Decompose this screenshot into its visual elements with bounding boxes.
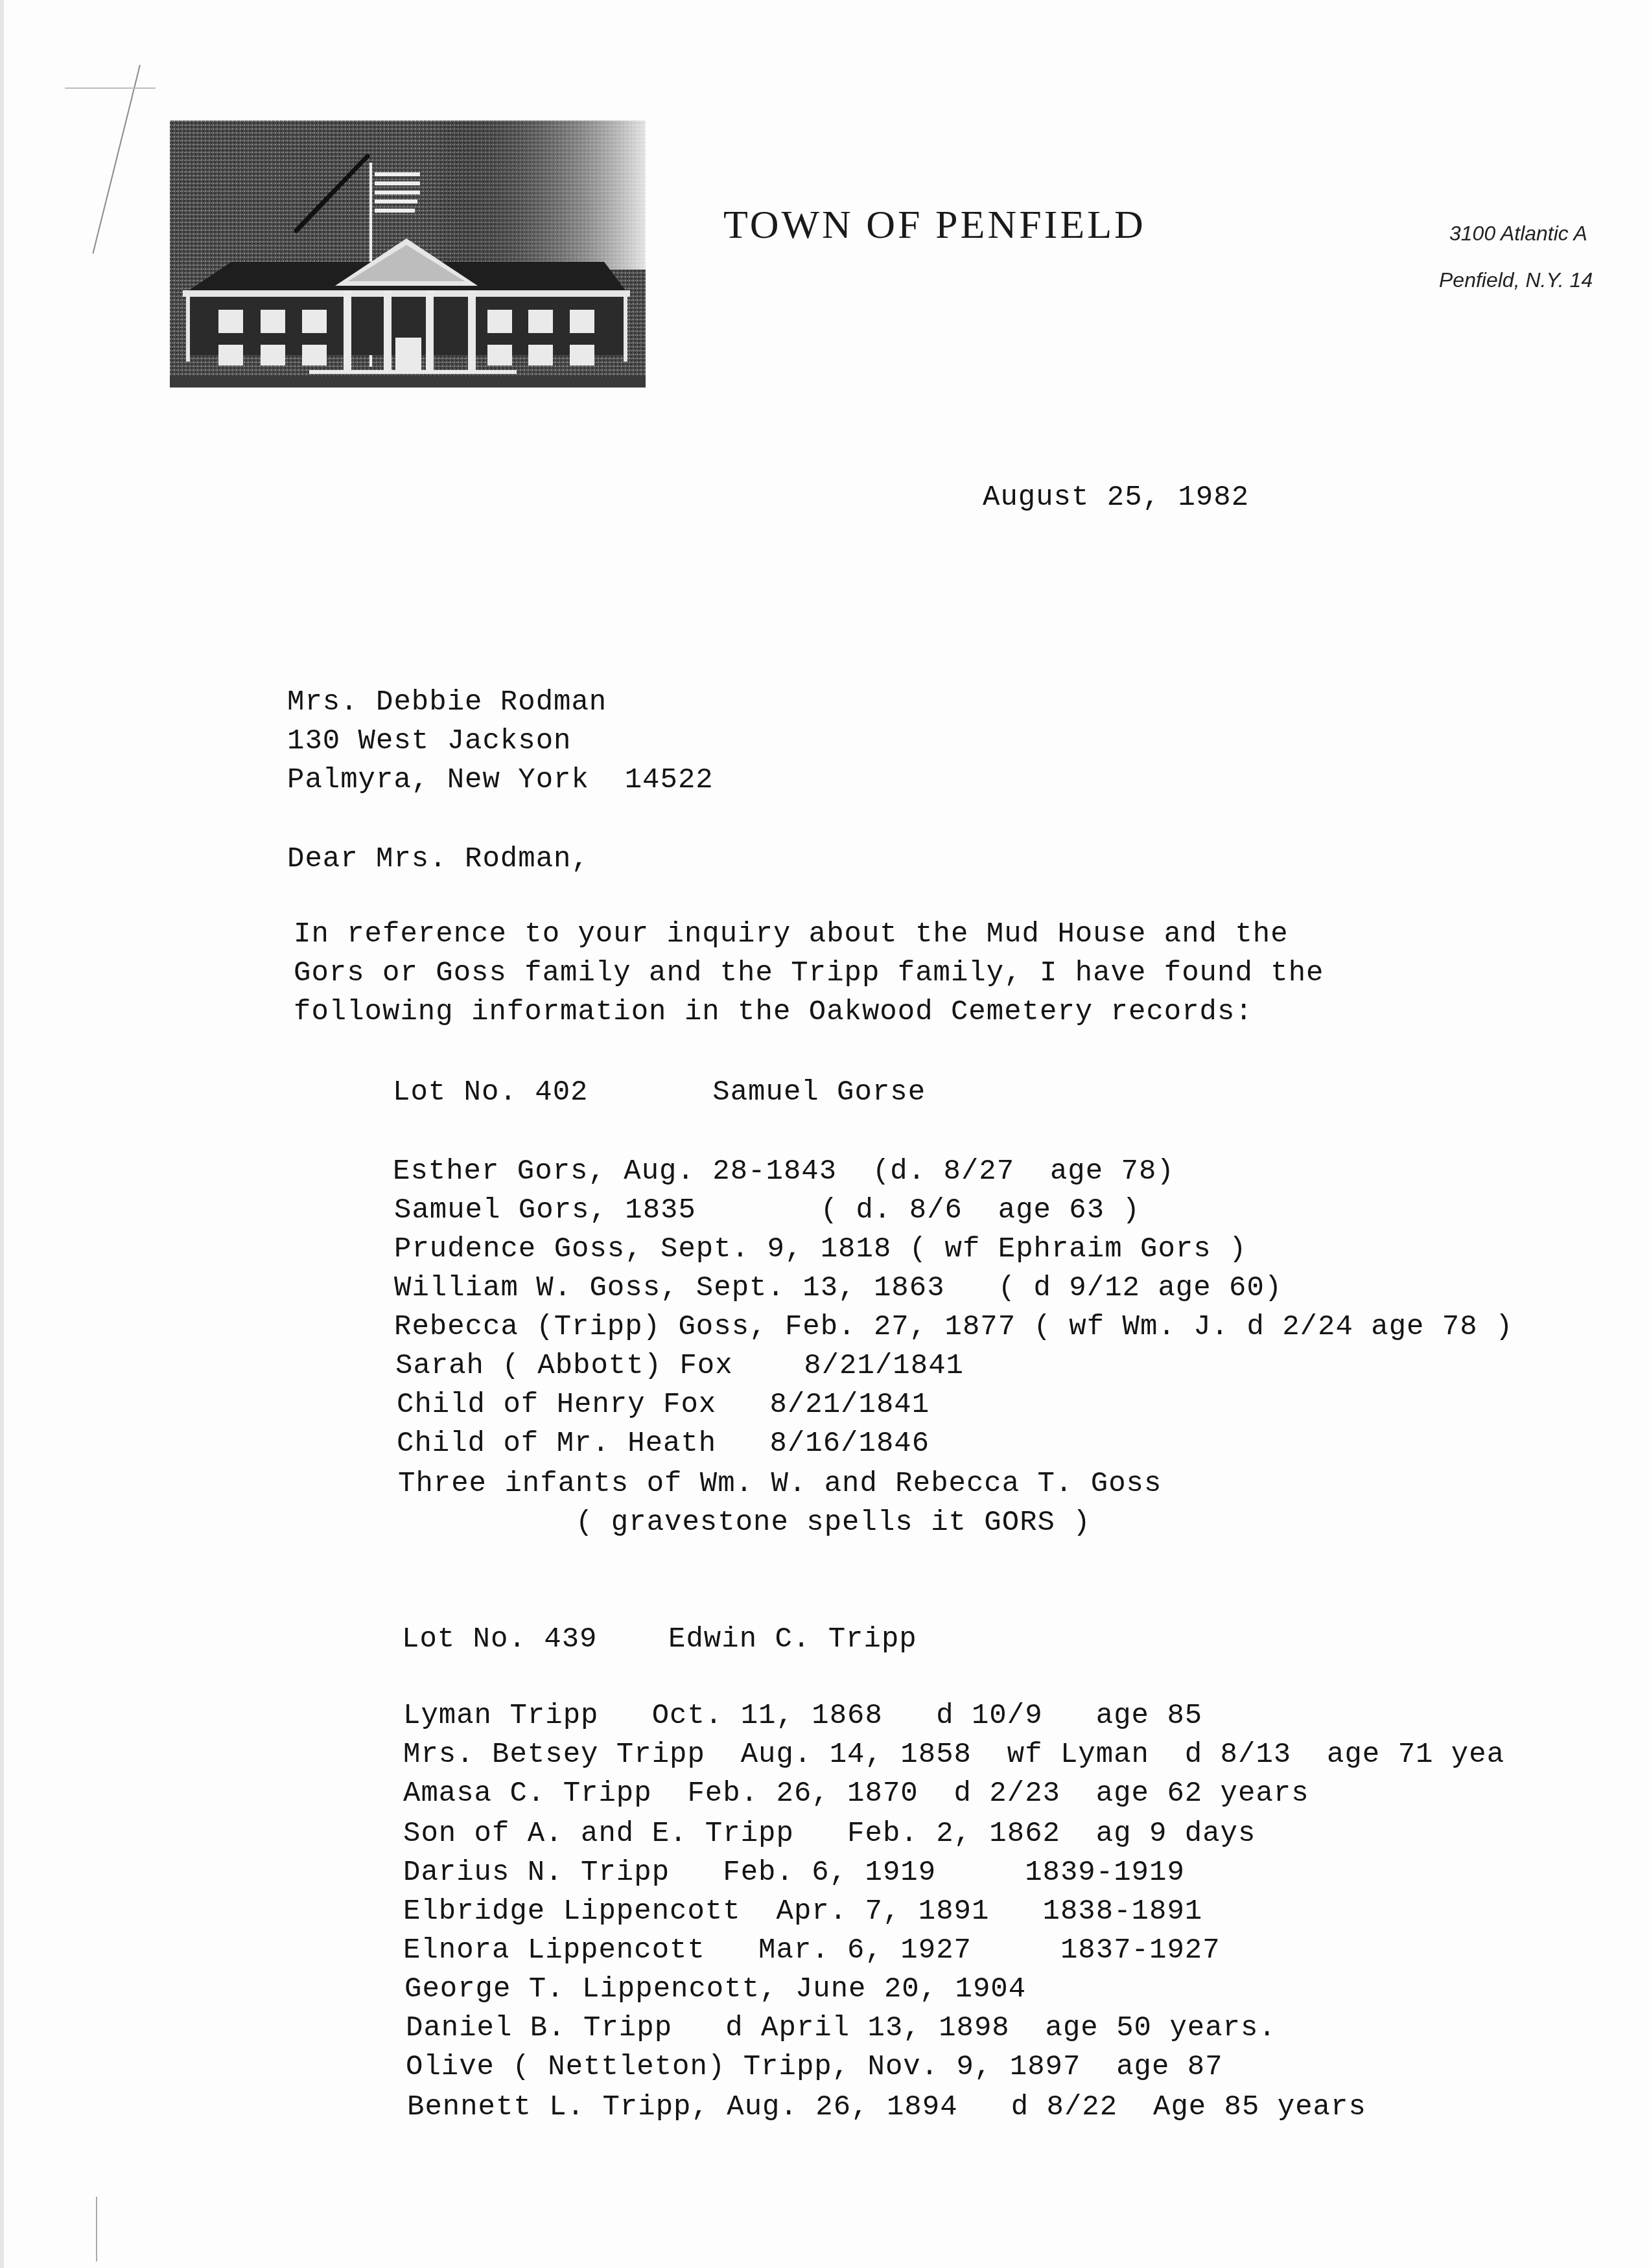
burial-entry: Mrs. Betsey Tripp Aug. 14, 1858 wf Lyman…	[403, 1741, 1504, 1769]
burial-entry: Darius N. Tripp Feb. 6, 1919 1839-1919	[403, 1858, 1185, 1887]
recipient-name: Mrs. Debbie Rodman	[287, 688, 607, 717]
burial-entry: Child of Mr. Heath 8/16/1846	[397, 1429, 930, 1458]
burial-entry: Three infants of Wm. W. and Rebecca T. G…	[398, 1470, 1162, 1498]
burial-entry: Bennett L. Tripp, Aug. 26, 1894 d 8/22 A…	[407, 2093, 1366, 2122]
burial-entry: Lyman Tripp Oct. 11, 1868 d 10/9 age 85	[403, 1702, 1202, 1730]
scan-mark	[65, 87, 156, 89]
letter-date: August 25, 1982	[983, 483, 1249, 512]
lot-heading: Lot No. 439 Edwin C. Tripp	[402, 1625, 917, 1654]
burial-entry: Elbridge Lippencott Apr. 7, 1891 1838-18…	[403, 1897, 1202, 1926]
lot-heading: Lot No. 402 Samuel Gorse	[393, 1078, 926, 1107]
recipient-city-state-zip: Palmyra, New York 14522	[287, 766, 714, 794]
letterhead-address-line2: Penfield, N.Y. 14	[1439, 268, 1593, 292]
burial-entry: Child of Henry Fox 8/21/1841	[397, 1391, 930, 1419]
recipient-street: 130 West Jackson	[287, 727, 571, 756]
intro-line: Gors or Goss family and the Tripp family…	[294, 959, 1324, 988]
burial-entry: Olive ( Nettleton) Tripp, Nov. 9, 1897 a…	[406, 2053, 1223, 2081]
burial-entry: Elnora Lippencott Mar. 6, 1927 1837-1927	[403, 1936, 1221, 1965]
organization-name: TOWN OF PENFIELD	[723, 202, 1146, 248]
intro-line: following information in the Oakwood Cem…	[294, 998, 1253, 1026]
burial-entry: Prudence Goss, Sept. 9, 1818 ( wf Ephrai…	[394, 1235, 1246, 1264]
letterhead-address-line1: 3100 Atlantic A	[1449, 222, 1587, 246]
burial-entry-note: ( gravestone spells it GORS )	[398, 1509, 1091, 1537]
burial-entry: Son of A. and E. Tripp Feb. 2, 1862 ag 9…	[403, 1820, 1256, 1848]
burial-entry: George T. Lippencott, June 20, 1904	[404, 1975, 1026, 2004]
burial-entry: Esther Gors, Aug. 28-1843 (d. 8/27 age 7…	[393, 1157, 1175, 1186]
town-hall-building-illustration-icon	[170, 121, 646, 388]
burial-entry: Sarah ( Abbott) Fox 8/21/1841	[395, 1352, 964, 1380]
scan-edge	[0, 0, 4, 2268]
burial-entry: William W. Goss, Sept. 13, 1863 ( d 9/12…	[394, 1274, 1282, 1302]
salutation: Dear Mrs. Rodman,	[287, 845, 589, 874]
burial-entry: Daniel B. Tripp d April 13, 1898 age 50 …	[406, 2014, 1276, 2042]
scan-mark	[96, 2197, 97, 2262]
letter-page: TOWN OF PENFIELD 3100 Atlantic A Penfiel…	[0, 0, 1649, 2268]
burial-entry: Amasa C. Tripp Feb. 26, 1870 d 2/23 age …	[403, 1779, 1309, 1808]
intro-line: In reference to your inquiry about the M…	[294, 920, 1289, 949]
burial-entry: Rebecca (Tripp) Goss, Feb. 27, 1877 ( wf…	[394, 1313, 1513, 1341]
burial-entry: Samuel Gors, 1835 ( d. 8/6 age 63 )	[394, 1196, 1140, 1225]
scan-mark	[92, 65, 141, 254]
